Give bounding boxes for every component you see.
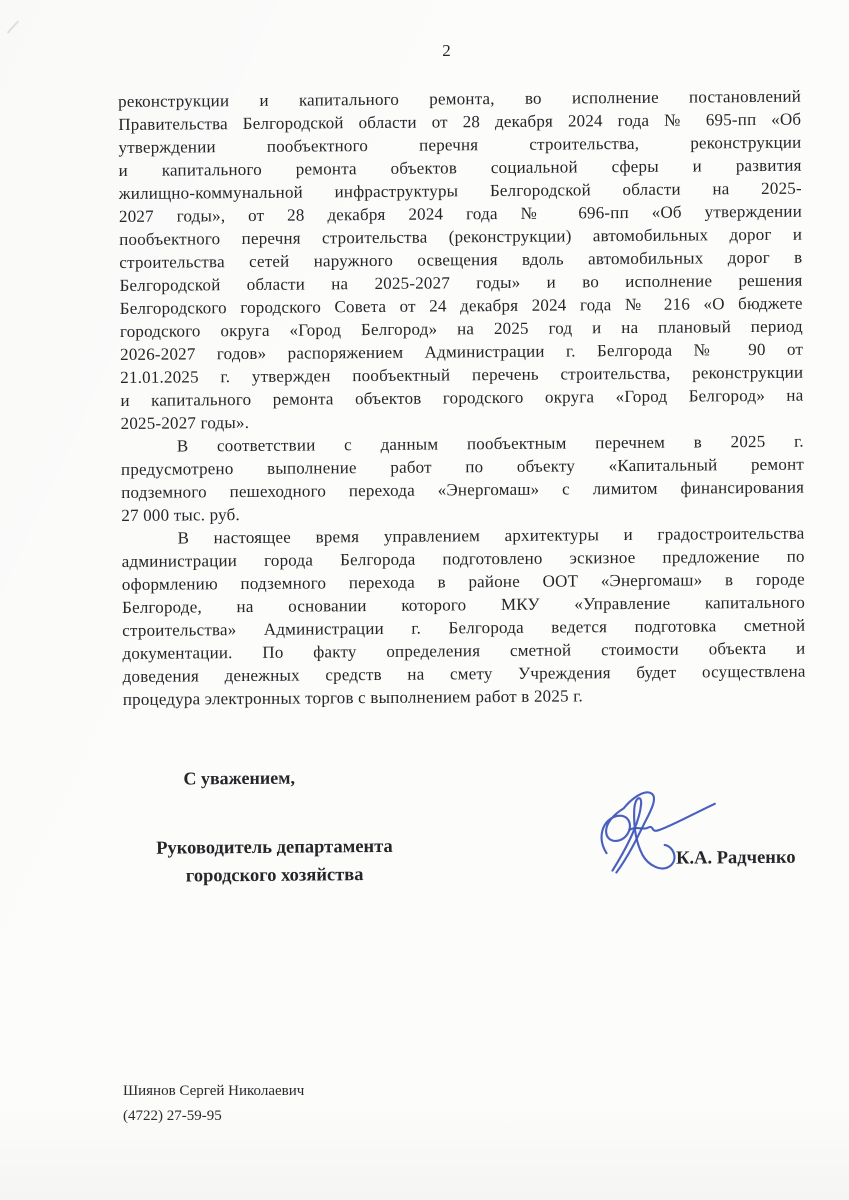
text-line: процедура электронных торгов с выполнени… xyxy=(123,683,806,711)
signer-title-line2: городского хозяйства xyxy=(132,861,417,891)
signer-title-line1: Руководитель департамента xyxy=(132,833,417,863)
scan-artifact xyxy=(7,20,19,33)
executor-name: Шиянов Сергей Николаевич xyxy=(123,1079,304,1104)
signer-name: К.А. Радченко xyxy=(676,848,796,870)
letter-content: реконструкции и капитального ремонта, во… xyxy=(118,85,808,955)
signer-title: Руководитель департамента городского хоз… xyxy=(132,833,417,891)
signature-block: Руководитель департамента городского хоз… xyxy=(124,830,808,955)
executor-phone: (4722) 27-59-95 xyxy=(123,1104,304,1129)
page-number: 2 xyxy=(22,41,849,61)
body-paragraphs: реконструкции и капитального ремонта, во… xyxy=(118,85,806,711)
executor-footer: Шиянов Сергей Николаевич (4722) 27-59-95 xyxy=(123,1079,304,1129)
handwritten-signature-icon xyxy=(590,786,721,884)
document-page: { "page_number": "2", "body": { "paragra… xyxy=(0,0,849,1200)
